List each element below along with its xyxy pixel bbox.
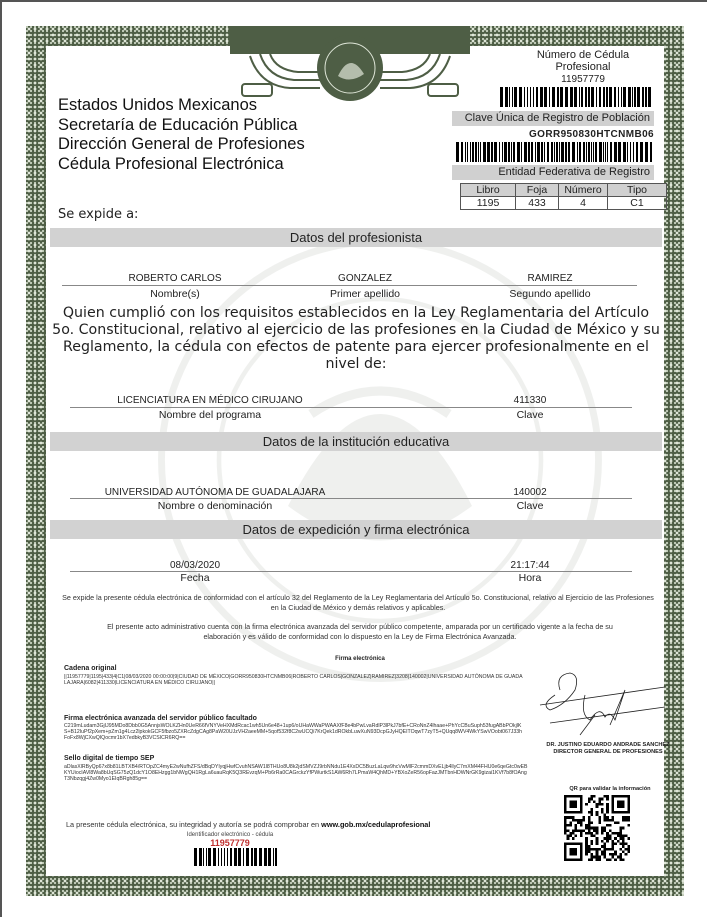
institucion-value: UNIVERSIDAD AUTÓNOMA DE GUADALAJARA [70,487,360,498]
divider [190,407,632,408]
segundo-apellido-label: Segundo apellido [470,288,630,300]
divider [62,285,637,286]
sello-digital-label: Sello digital de tiempo SEP [64,755,154,762]
programa-label: Nombre del programa [90,409,330,421]
fecha-label: Fecha [130,572,260,584]
curp-barcode [456,142,652,162]
libro-foja-table: Libro Foja Número Tipo 1195 433 4 C1 [460,183,667,210]
nombre-label: Nombre(s) [90,288,260,300]
header-line: Estados Unidos Mexicanos [58,96,305,116]
hora-value: 21:17:44 [490,560,570,571]
programa-clave-value: 411330 [490,395,570,406]
firma-servidor-label: Firma electrónica avanzada del servidor … [64,715,257,722]
identificador-value: 11957779 [180,838,280,848]
registry-panel: Número de Cédula Profesional 11957779 Cl… [452,49,654,196]
identificador-barcode [194,848,278,866]
cedula-number-label: Número de Cédula Profesional [452,49,654,73]
verification-prefix: La presente cédula electrónica, su integ… [66,820,321,829]
institucion-label: Nombre o denominación [70,500,360,512]
tipo-header: Tipo [608,184,667,197]
primer-apellido-label: Primer apellido [300,288,430,300]
qr-label: QR para validar la información [555,786,665,792]
verification-url[interactable]: www.gob.mx/cedulaprofesional [321,820,430,829]
hora-label: Hora [490,572,570,584]
cedula-barcode [500,87,652,107]
requisitos-paragraph: Quien cumplió con los requisitos estable… [50,305,662,373]
sello-digital-value: aDlasXlRByQp67x8b81LBTXB4/RTOpZC4myE2wNu… [64,764,529,783]
section-institucion: Datos de la institución educativa [50,432,662,451]
curp-label: Clave Única de Registro de Población [452,111,654,126]
firma-title: Firma electrónica [300,656,420,662]
curp-value: GORR950830HTCNMB06 [452,129,654,140]
signatory-title: DIRECTOR GENERAL DE PROFESIONES [528,749,688,757]
legal-text-1: Se expide la presente cédula electrónica… [60,593,656,613]
programa-clave-label: Clave [490,409,570,421]
programa-value: LICENCIATURA EN MÉDICO CIRUJANO [90,395,330,406]
divider [70,407,190,408]
verification-text: La presente cédula electrónica, su integ… [66,820,430,829]
foja-value: 433 [516,197,559,210]
libro-header: Libro [461,184,516,197]
tipo-value: C1 [608,197,667,210]
issuing-authority-header: Estados Unidos Mexicanos Secretaría de E… [58,96,305,174]
expide-label: Se expide a: [58,207,138,222]
cadena-original-label: Cadena original [64,665,117,672]
institucion-clave-label: Clave [490,500,570,512]
nombre-value: ROBERTO CARLOS [90,273,260,284]
foja-header: Foja [516,184,559,197]
cedula-number-value: 11957779 [452,74,654,85]
numero-value: 4 [559,197,608,210]
page-edge-top [0,0,707,2]
firma-servidor-value: C219mLudam3GjIJ95MDo8Dbb0G5AnnjsWOLKZHn0… [64,723,524,742]
entidad-label: Entidad Federativa de Registro [452,165,654,180]
divider [70,498,632,499]
primer-apellido-value: GONZALEZ [300,273,430,284]
libro-value: 1195 [461,197,516,210]
signature-icon [530,665,670,740]
numero-header: Número [559,184,608,197]
national-crest-icon [230,26,470,102]
qr-code-icon[interactable] [564,795,630,861]
institucion-clave-value: 140002 [490,487,570,498]
header-line: Dirección General de Profesiones [58,135,305,155]
legal-text-2: El presente acto administrativo cuenta c… [100,622,620,642]
header-line: Secretaría de Educación Pública [58,116,305,136]
section-profesionista: Datos del profesionista [50,228,662,247]
section-expedicion: Datos de expedición y firma electrónica [50,520,662,539]
segundo-apellido-value: RAMIREZ [470,273,630,284]
header-line: Cédula Profesional Electrónica [58,155,305,175]
page-edge-left [0,0,2,917]
fecha-value: 08/03/2020 [130,560,260,571]
cadena-original-value: ||11957779|1195|433|4|C1|08/03/2020 00:0… [64,674,524,686]
